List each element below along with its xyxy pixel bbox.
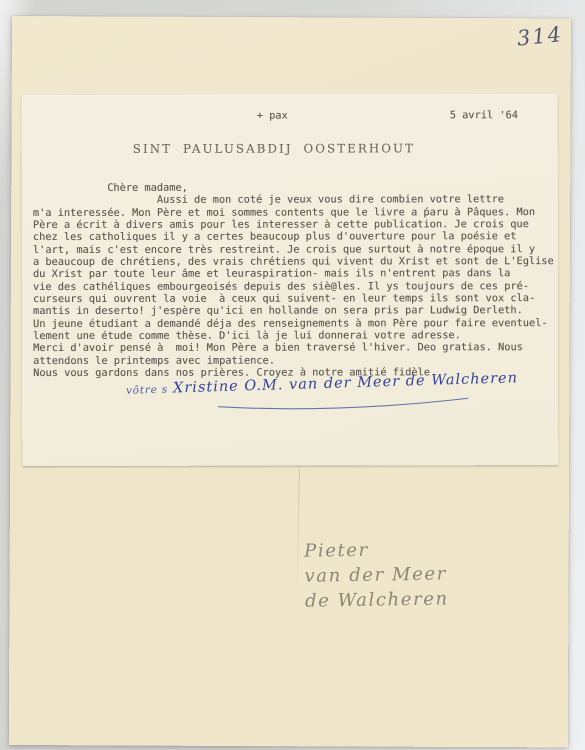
letter-sheet: + pax 5 avril '64 SINT PAULUSABDIJ OOSTE…	[22, 94, 559, 466]
paper-crease	[297, 468, 300, 586]
pencil-name-annotation: Pieter van der Meer de Walcheren	[304, 536, 449, 613]
archival-number-annotation: 314	[516, 22, 564, 50]
signature-prefix: vôtre s	[126, 384, 168, 397]
scan-background: { "annotations": { "archival_number": "3…	[0, 0, 585, 750]
pax-salutation: + pax	[257, 110, 288, 122]
letter-body: Chère madame, Aussi de mon coté je veux …	[33, 181, 554, 379]
letter-backing-paper: 314 + pax 5 avril '64 SINT PAULUSABDIJ O…	[9, 16, 571, 747]
signature-flourish-line	[212, 395, 474, 415]
letter-date: 5 avril '64	[450, 109, 518, 121]
abbey-letterhead: SINT PAULUSABDIJ OOSTERHOUT	[133, 141, 415, 155]
